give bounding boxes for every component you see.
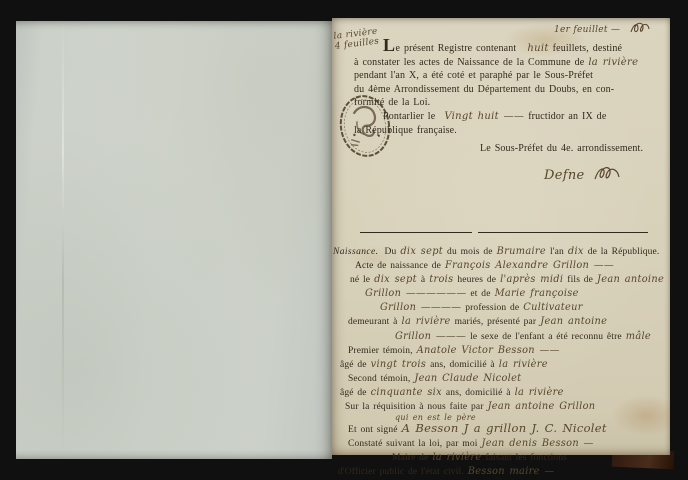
printed-text: Du — [384, 247, 396, 257]
acte-line-6: demeurant àla rivièremariés, présenté pa… — [333, 315, 669, 329]
handwritten-entry: l'après midi — [500, 274, 563, 285]
handwritten-entry: Anatole Victor Besson —— — [417, 345, 560, 356]
sous-prefet-title-line: Le Sous-Préfet du 4e. arrondissement. — [480, 142, 658, 156]
acte-line-8: Premier témoin,Anatole Victor Besson —— — [333, 344, 669, 358]
handwritten-entry: huit — [527, 43, 548, 54]
handwritten-entry: la rivière — [499, 359, 548, 370]
acte-line-12: Sur la réquisition à nous faite parJean … — [333, 400, 669, 414]
handwritten-entry: la rivière — [515, 387, 564, 398]
handwritten-entry: Jean Claude Nicolet — [414, 373, 521, 384]
printed-text: formité de la Loi. — [354, 97, 430, 108]
scan-background: la rivière 4 feuilles 1er feuillet — Le — [0, 0, 688, 480]
acte-line-1: Naissance.Dudix septdu mois deBrumairel'… — [333, 245, 669, 259]
handwritten-entry: cinquante six — [371, 387, 442, 398]
divider-segment — [360, 232, 472, 233]
printed-text: né le — [350, 275, 370, 285]
printed-text: de la République. — [588, 247, 660, 257]
printed-text: l'an — [550, 247, 564, 257]
handwritten-entry: Vingt huit —— — [444, 111, 524, 122]
acte-line-10: Second témoin,Jean Claude Nicolet — [333, 372, 669, 386]
printed-text: du 4ème Arrondissement du Département du… — [354, 84, 614, 95]
left-blank-page — [16, 21, 332, 459]
handwritten-entry: Jean antoine — [540, 316, 607, 327]
printed-text: ans, domicilié à — [430, 360, 495, 370]
handwritten-entry: dix sept — [400, 246, 443, 257]
handwritten-entry: François Alexandre Grillon —— — [445, 260, 614, 271]
handwritten-entry: Cultivateur — [523, 302, 582, 313]
divider-segment — [478, 232, 648, 233]
intro-line-5: formité de la Loi. — [354, 96, 658, 110]
printed-text: la République française. — [354, 125, 457, 136]
printed-text: du mois de — [447, 247, 493, 257]
printed-text: pendant l'an X, a été coté et paraphé pa… — [354, 70, 593, 81]
acte-line-9: âgé devingt troisans, domicilié àla rivi… — [333, 358, 669, 372]
printed-text: e présent Registre contenant — [396, 43, 517, 54]
signature-text: Defne — [544, 168, 585, 183]
intro-line-2: à constater les actes de Naissance de la… — [354, 56, 658, 70]
printed-text: et de — [470, 289, 490, 299]
handwritten-entry: Marie françoise — [495, 288, 579, 299]
printed-text: heures de — [457, 275, 496, 285]
printed-text: mariés, présenté par — [455, 317, 537, 327]
printed-text: Second témoin, — [348, 374, 410, 384]
register-declaration: Le présent Registre contenanthuitfeuille… — [354, 40, 658, 183]
acte-line-5: Grillon ————profession deCultivateur — [333, 301, 669, 315]
handwritten-entry: Grillon —————— — [365, 288, 466, 299]
acte-line-7: Grillon ———le sexe de l'enfant a été rec… — [333, 330, 669, 344]
printed-text: Maire de — [392, 453, 428, 463]
witness-signatures: A Besson J a grillon J. C. Nicolet — [402, 421, 607, 435]
intro-line-4: du 4ème Arrondissement du Département du… — [354, 83, 658, 97]
printed-text: feuillets, destiné — [553, 43, 622, 54]
signature-paraph-icon — [592, 165, 622, 183]
handwritten-entry: la rivière — [432, 452, 481, 463]
printed-text: à — [421, 275, 425, 285]
handwritten-entry: mâle — [626, 331, 651, 342]
birth-act: Naissance.Dudix septdu mois deBrumairel'… — [333, 245, 669, 480]
drop-cap: L — [383, 35, 396, 55]
acte-line-2: Acte de naissance deFrançois Alexandre G… — [333, 259, 669, 273]
acte-line-11: âgé decinquante sixans, domicilié àla ri… — [333, 386, 669, 400]
section-divider — [360, 232, 652, 233]
printed-text: le sexe de l'enfant a été reconnu être — [470, 332, 622, 342]
handwritten-entry: Jean antoine Grillon — [488, 401, 596, 412]
acte-line-17: d'Officier public de l'état civil.Besson… — [333, 465, 669, 479]
acte-line-15: Constaté suivant la loi, par moiJean den… — [333, 437, 669, 451]
printed-text: ans, domicilié à — [446, 388, 511, 398]
register-page: la rivière 4 feuilles 1er feuillet — Le — [332, 18, 670, 455]
acte-line-16: Maire dela rivièrefaisant les fonctions — [333, 451, 669, 465]
acte-section-label: Naissance. — [333, 247, 378, 257]
handwritten-entry: vingt trois — [371, 359, 426, 370]
handwritten-entry: dix — [568, 246, 584, 257]
acte-line-14: Et ont signéA Besson J a grillon J. C. N… — [333, 422, 669, 437]
intro-line-6: Pontarlier leVingt huit ——fructidor an I… — [354, 110, 658, 124]
printed-text: à constater les actes de Naissance de la… — [354, 57, 584, 68]
intro-line-1: Le présent Registre contenanthuitfeuille… — [354, 40, 658, 56]
handwritten-entry: Grillon ———— — [380, 302, 461, 313]
printed-text: Le Sous-Préfet du 4e. arrondissement. — [480, 143, 643, 154]
handwritten-entry: la rivière — [588, 57, 638, 68]
printed-text: Premier témoin, — [348, 346, 413, 356]
handwritten-entry: Jean denis Besson — — [482, 438, 594, 449]
printed-text: demeurant à — [348, 317, 398, 327]
handwritten-entry: Jean antoine — [597, 274, 664, 285]
printed-text: faisant les fonctions — [486, 453, 568, 463]
printed-text: Acte de naissance de — [355, 261, 441, 271]
handwritten-entry: la rivière — [402, 316, 451, 327]
acte-line-3: né ledix septàtroisheures del'après midi… — [333, 273, 669, 287]
printed-text: Et ont signé — [348, 425, 398, 435]
intro-line-3: pendant l'an X, a été coté et paraphé pa… — [354, 69, 658, 83]
acte-line-4: Grillon ——————et deMarie françoise — [333, 287, 669, 301]
intro-line-7: la République française. — [354, 124, 658, 138]
folio-label: 1er feuillet — — [554, 25, 620, 35]
folio-annotation: 1er feuillet — — [554, 21, 651, 35]
handwritten-entry: Brumaire — [497, 246, 546, 257]
handwritten-entry: trois — [429, 274, 453, 285]
printed-text: Pontarlier le — [383, 111, 435, 122]
printed-text: d'Officier public de l'état civil. — [338, 467, 464, 477]
printed-text: fructidor an IX de — [528, 111, 606, 122]
paraph-icon — [629, 21, 651, 35]
mayor-signature: Besson maire — — [468, 466, 555, 477]
printed-text: Constaté suivant la loi, par moi — [348, 439, 478, 449]
handwritten-entry: Grillon ——— — [395, 331, 466, 342]
paper-crease — [62, 21, 64, 459]
printed-text: fils de — [567, 275, 593, 285]
printed-text: Sur la réquisition à nous faite par — [345, 402, 484, 412]
printed-text: âgé de — [340, 388, 367, 398]
handwritten-entry: dix sept — [374, 274, 417, 285]
sous-prefet-signature: Defne — [544, 165, 658, 184]
printed-text: âgé de — [340, 360, 367, 370]
printed-text: profession de — [465, 303, 519, 313]
